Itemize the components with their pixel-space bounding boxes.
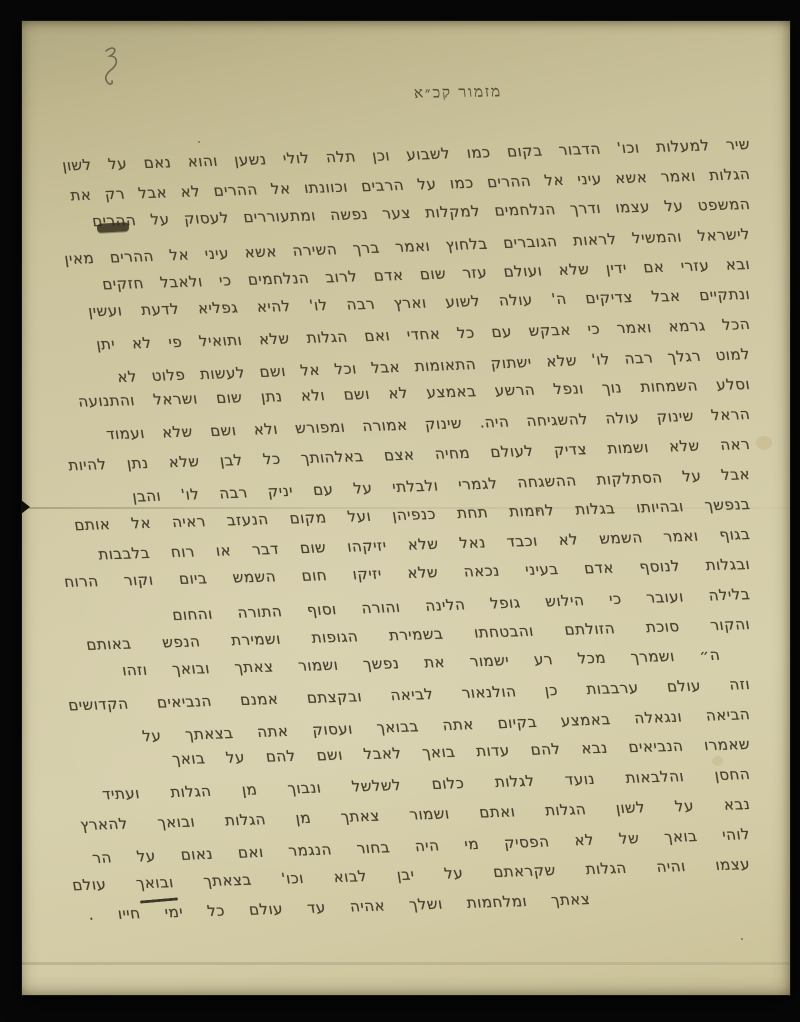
- paper-stain: [756, 436, 772, 450]
- fold-crease-horizontal: [22, 962, 790, 965]
- ink-speck: [537, 509, 540, 512]
- photo-canvas: { "colors": { "background": "#070707", "…: [0, 0, 800, 1022]
- ink-blot: [97, 222, 129, 233]
- manuscript-page: מזמור קכ״א שיר למעלות וכו' הדבור בקום כמ…: [22, 21, 790, 995]
- ink-speck: [741, 938, 743, 940]
- corner-pen-mark-icon: [98, 45, 128, 91]
- manuscript-body: שיר למעלות וכו' הדבור בקום כמו לשבוע וכן…: [62, 129, 750, 909]
- edge-notch: [21, 500, 30, 514]
- page-title: מזמור קכ״א: [413, 82, 503, 103]
- ink-speck: [198, 141, 200, 143]
- manuscript-photo: מזמור קכ״א שיר למעלות וכו' הדבור בקום כמ…: [0, 0, 800, 1022]
